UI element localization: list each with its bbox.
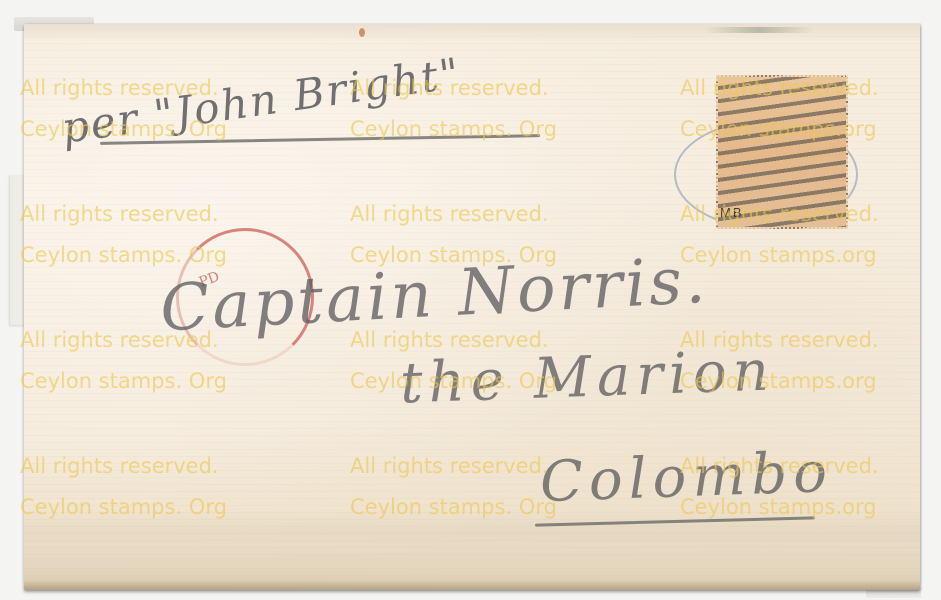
watermark: All rights reserved.Ceylon stamps. Org — [350, 204, 557, 266]
top-edge-mark — [704, 27, 814, 33]
paper-bottom-edge — [24, 580, 920, 590]
watermark: All rights reserved.Ceylon stamps. Org — [20, 204, 227, 266]
watermark: All rights reserved.Ceylon stamps.org — [680, 204, 879, 266]
watermark: All rights reserved.Ceylon stamps.org — [680, 456, 879, 518]
ink-stain — [359, 28, 365, 37]
watermark: All rights reserved.Ceylon stamps. Org — [350, 78, 557, 140]
postal-cover-scan: MB PD per "John Bright" Captain Norris. … — [0, 0, 941, 600]
watermark: All rights reserved.Ceylon stamps. Org — [20, 456, 227, 518]
watermark: All rights reserved.Ceylon stamps.org — [680, 78, 879, 140]
watermark: All rights reserved.Ceylon stamps. Org — [350, 330, 557, 392]
watermark: All rights reserved.Ceylon stamps. Org — [20, 330, 227, 392]
watermark: All rights reserved.Ceylon stamps. Org — [20, 78, 227, 140]
watermark: All rights reserved.Ceylon stamps. Org — [350, 456, 557, 518]
watermark: All rights reserved.Ceylon stamps.org — [680, 330, 879, 392]
